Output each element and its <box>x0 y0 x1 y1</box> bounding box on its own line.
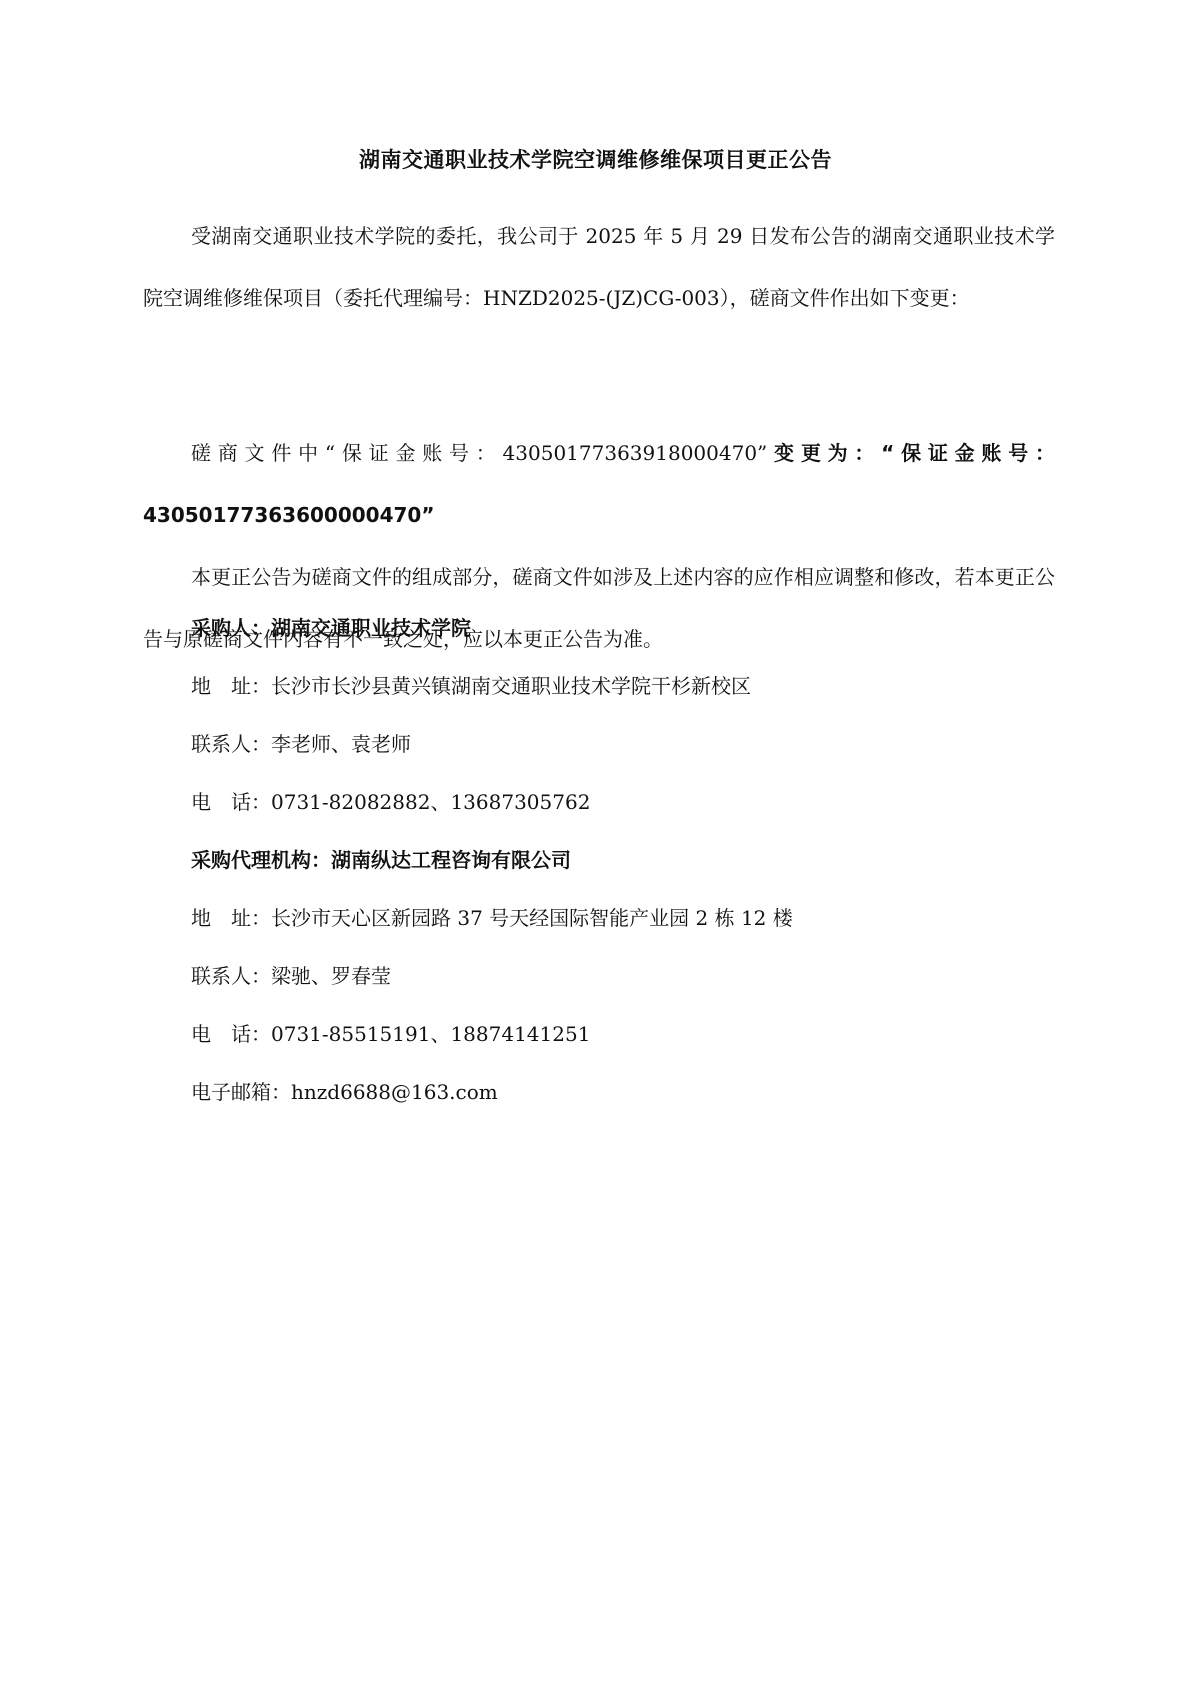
purchaser-phone-line: 电 话：0731-82082882、13687305762 <box>191 787 590 817</box>
purchaser-address-line: 地 址：长沙市长沙县黄兴镇湖南交通职业技术学院干杉新校区 <box>191 671 751 701</box>
document-title: 湖南交通职业技术学院空调维修维保项目更正公告 <box>0 145 1191 175</box>
agency-contact-label: 联系人： <box>191 964 271 988</box>
purchaser-address: 长沙市长沙县黄兴镇湖南交通职业技术学院干杉新校区 <box>271 674 751 698</box>
agency-email-label: 电子邮箱： <box>191 1080 291 1104</box>
agency-contact: 梁驰、罗春莹 <box>271 964 391 988</box>
agency-email-line: 电子邮箱：hnzd6688@163.com <box>191 1077 498 1107</box>
agency-contact-line: 联系人：梁驰、罗春莹 <box>191 961 391 991</box>
note-paragraph: 本更正公告为磋商文件的组成部分，磋商文件如涉及上述内容的应作相应调整和修改，若本… <box>143 546 1055 670</box>
agency-address-line: 地 址：长沙市天心区新园路 37 号天经国际智能产业园 2 栋 12 楼 <box>191 903 793 933</box>
agency-address: 长沙市天心区新园路 37 号天经国际智能产业园 2 栋 12 楼 <box>271 906 793 930</box>
purchaser-heading: 采购人：湖南交通职业技术学院 <box>191 613 471 643</box>
agency-phone: 0731-85515191、18874141251 <box>271 1022 590 1046</box>
change-new-account: 43050177363600000470” <box>143 503 434 527</box>
agency-phone-label: 电 话： <box>191 1022 271 1046</box>
intro-paragraph: 受湖南交通职业技术学院的委托，我公司于 2025 年 5 月 29 日发布公告的… <box>143 205 1055 329</box>
document-page: 湖南交通职业技术学院空调维修维保项目更正公告 受湖南交通职业技术学院的委托，我公… <box>0 0 1191 1684</box>
agency-phone-line: 电 话：0731-85515191、18874141251 <box>191 1019 590 1049</box>
change-original-text: 磋商文件中“保证金账号：43050177363918000470” <box>191 441 767 465</box>
purchaser-contact-label: 联系人： <box>191 732 271 756</box>
purchaser-contact: 李老师、袁老师 <box>271 732 411 756</box>
agency-email: hnzd6688@163.com <box>291 1080 498 1104</box>
purchaser-contact-line: 联系人：李老师、袁老师 <box>191 729 411 759</box>
purchaser-address-label: 地 址： <box>191 674 271 698</box>
agency-heading: 采购代理机构：湖南纵达工程咨询有限公司 <box>191 845 571 875</box>
agency-address-label: 地 址： <box>191 906 271 930</box>
change-new-label: 变更为：“保证金账号： <box>767 441 1055 465</box>
change-paragraph: 磋商文件中“保证金账号：43050177363918000470”变更为：“保证… <box>143 422 1055 546</box>
purchaser-phone-label: 电 话： <box>191 790 271 814</box>
purchaser-phone: 0731-82082882、13687305762 <box>271 790 590 814</box>
